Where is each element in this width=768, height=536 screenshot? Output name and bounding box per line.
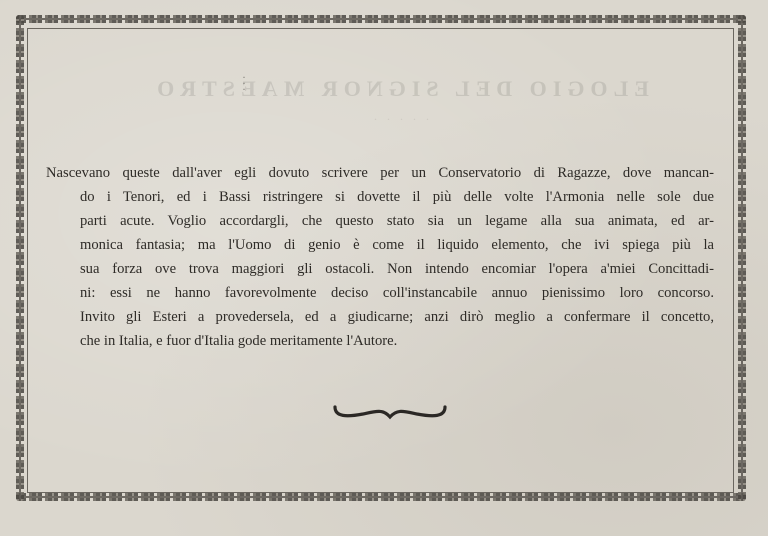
body-paragraph: Nascevano queste dall'aver egli dovuto s…	[46, 161, 714, 353]
text-line: Nascevano queste dall'aver egli dovuto s…	[46, 161, 714, 185]
text-line: sua forza ove trova maggiori gli ostacol…	[46, 257, 714, 281]
document-page: ELOGIO DEL SIGNOR MAESTRO · · · · · ··· …	[0, 0, 768, 536]
border-left	[16, 15, 24, 501]
border-top	[16, 15, 746, 23]
text-line: monica fantasia; ma l'Uomo di genio è co…	[46, 233, 714, 257]
text-line: che in Italia, e fuor d'Italia gode meri…	[46, 329, 714, 353]
text-line: do i Tenori, ed i Bassi ristringere si d…	[46, 185, 714, 209]
text-line: ni: essi ne hanno favorevolmente deciso …	[46, 281, 714, 305]
text-line: Invito gli Esteri a provedersela, ed a g…	[46, 305, 714, 329]
border-right	[738, 15, 746, 501]
tail-piece-ornament-icon	[333, 403, 447, 423]
text-line: parti acute. Voglio accordargli, che que…	[46, 209, 714, 233]
border-bottom	[16, 493, 746, 501]
